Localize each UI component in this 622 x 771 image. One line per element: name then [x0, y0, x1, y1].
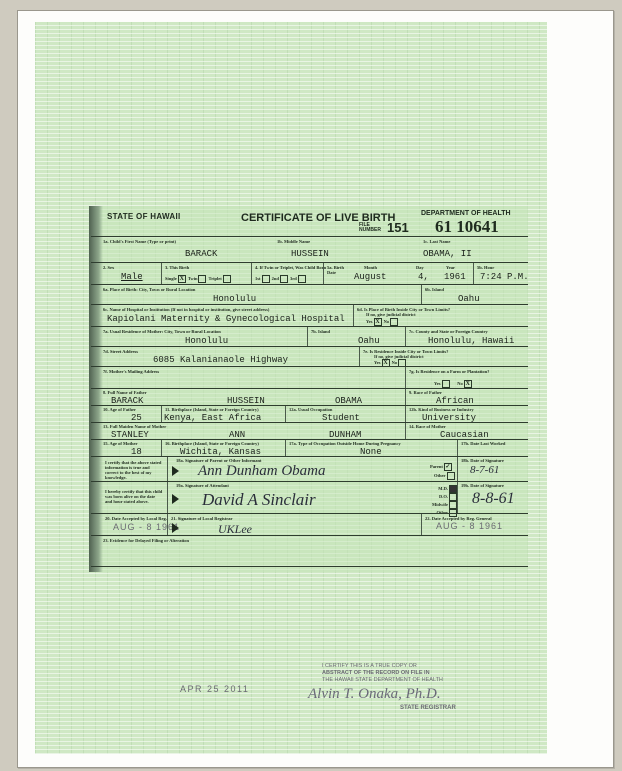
- birth-city: Honolulu: [213, 294, 256, 304]
- birth-island: Oahu: [458, 294, 480, 304]
- row-hospital: 6c. Name of Hospital or Institution (If …: [91, 304, 528, 327]
- department-label: DEPARTMENT OF HEALTH: [421, 210, 511, 217]
- row-mailing-address: 7f. Mother's Mailing Address 7g. Is Resi…: [91, 366, 528, 389]
- birth-month: August: [354, 272, 386, 282]
- child-last-name: OBAMA, II: [423, 249, 472, 259]
- street-address: 6085 Kalanianaole Highway: [153, 355, 288, 365]
- file-number: 151: [387, 220, 409, 235]
- general-accept-date: AUG - 8 1961: [436, 521, 503, 531]
- residence-county-state: Honolulu, Hawaii: [428, 336, 514, 346]
- residence-island: Oahu: [358, 336, 380, 346]
- row-registrar: 20. Date Accepted by Local Reg. AUG - 8 …: [91, 513, 528, 536]
- row-place-of-birth: 6a. Place of Birth: City, Town or Rural …: [91, 284, 528, 305]
- sign-here-arrow-icon: [172, 466, 179, 476]
- file-number-label: FILE NUMBER: [359, 223, 383, 233]
- birth-year: 1961: [444, 272, 466, 282]
- informant-signature: Ann Dunham Obama: [198, 463, 326, 480]
- sign-here-arrow-icon: [172, 494, 179, 504]
- certificate-header: STATE OF HAWAII CERTIFICATE OF LIVE BIRT…: [91, 206, 528, 236]
- row-sex-birth: 2. Sex Male 3. This Birth SingleX Twin T…: [91, 262, 528, 285]
- attendant-signature: David A Sinclair: [202, 490, 316, 510]
- row-mother-name: 13. Full Maiden Name of Mother STANLEY A…: [91, 422, 528, 440]
- this-birth-options: SingleX Twin Triplet: [165, 275, 232, 283]
- certificate-number: 61 10641: [435, 217, 499, 237]
- attendant-sign-date: 8-8-61: [472, 490, 515, 508]
- child-middle-name: HUSSEIN: [291, 249, 329, 259]
- sex-value: Male: [121, 272, 143, 282]
- row-delayed-filing: 23. Evidence for Delayed Filing or Alter…: [91, 535, 528, 567]
- state-registrar-signature: Alvin T. Onaka, Ph.D.: [308, 686, 441, 703]
- row-father-details: 10. Age of Father 25 11. Birthplace (Isl…: [91, 405, 528, 423]
- birth-day: 4,: [418, 272, 429, 282]
- state-label: STATE OF HAWAII: [107, 212, 181, 221]
- row-mother-details: 15. Age of Mother 18 16. Birthplace (Isl…: [91, 439, 528, 457]
- row-mother-residence: 7a. Usual Residence of Mother: City, Tow…: [91, 326, 528, 347]
- birth-certificate-form: STATE OF HAWAII CERTIFICATE OF LIVE BIRT…: [89, 206, 528, 572]
- certification-text: I CERTIFY THIS IS A TRUE COPY OR ABSTRAC…: [322, 663, 443, 684]
- birth-hour: 7:24 P.M.: [480, 272, 529, 282]
- residence-city: Honolulu: [185, 336, 228, 346]
- row-attendant: I hereby certify that this child was bor…: [91, 481, 528, 514]
- informant-sign-date: 8-7-61: [470, 464, 499, 476]
- sign-here-arrow-icon: [172, 523, 179, 533]
- row-street-address: 7d. Street Address 6085 Kalanianaole Hig…: [91, 346, 528, 367]
- hospital-name: Kapiolani Maternity & Gynecological Hosp…: [107, 314, 345, 324]
- row-child-name: 1a. Child's First Name (Type or print) B…: [91, 236, 528, 263]
- row-father-name: 8. Full Name of Father BARACK HUSSEIN OB…: [91, 388, 528, 406]
- child-first-name: BARACK: [185, 249, 217, 259]
- certification-date-stamp: APR 25 2011: [180, 684, 249, 694]
- twin-order-options: 1st 2nd 3rd: [255, 275, 307, 283]
- state-registrar-title: STATE REGISTRAR: [400, 705, 456, 711]
- row-informant: I certify that the above stated informat…: [91, 456, 528, 482]
